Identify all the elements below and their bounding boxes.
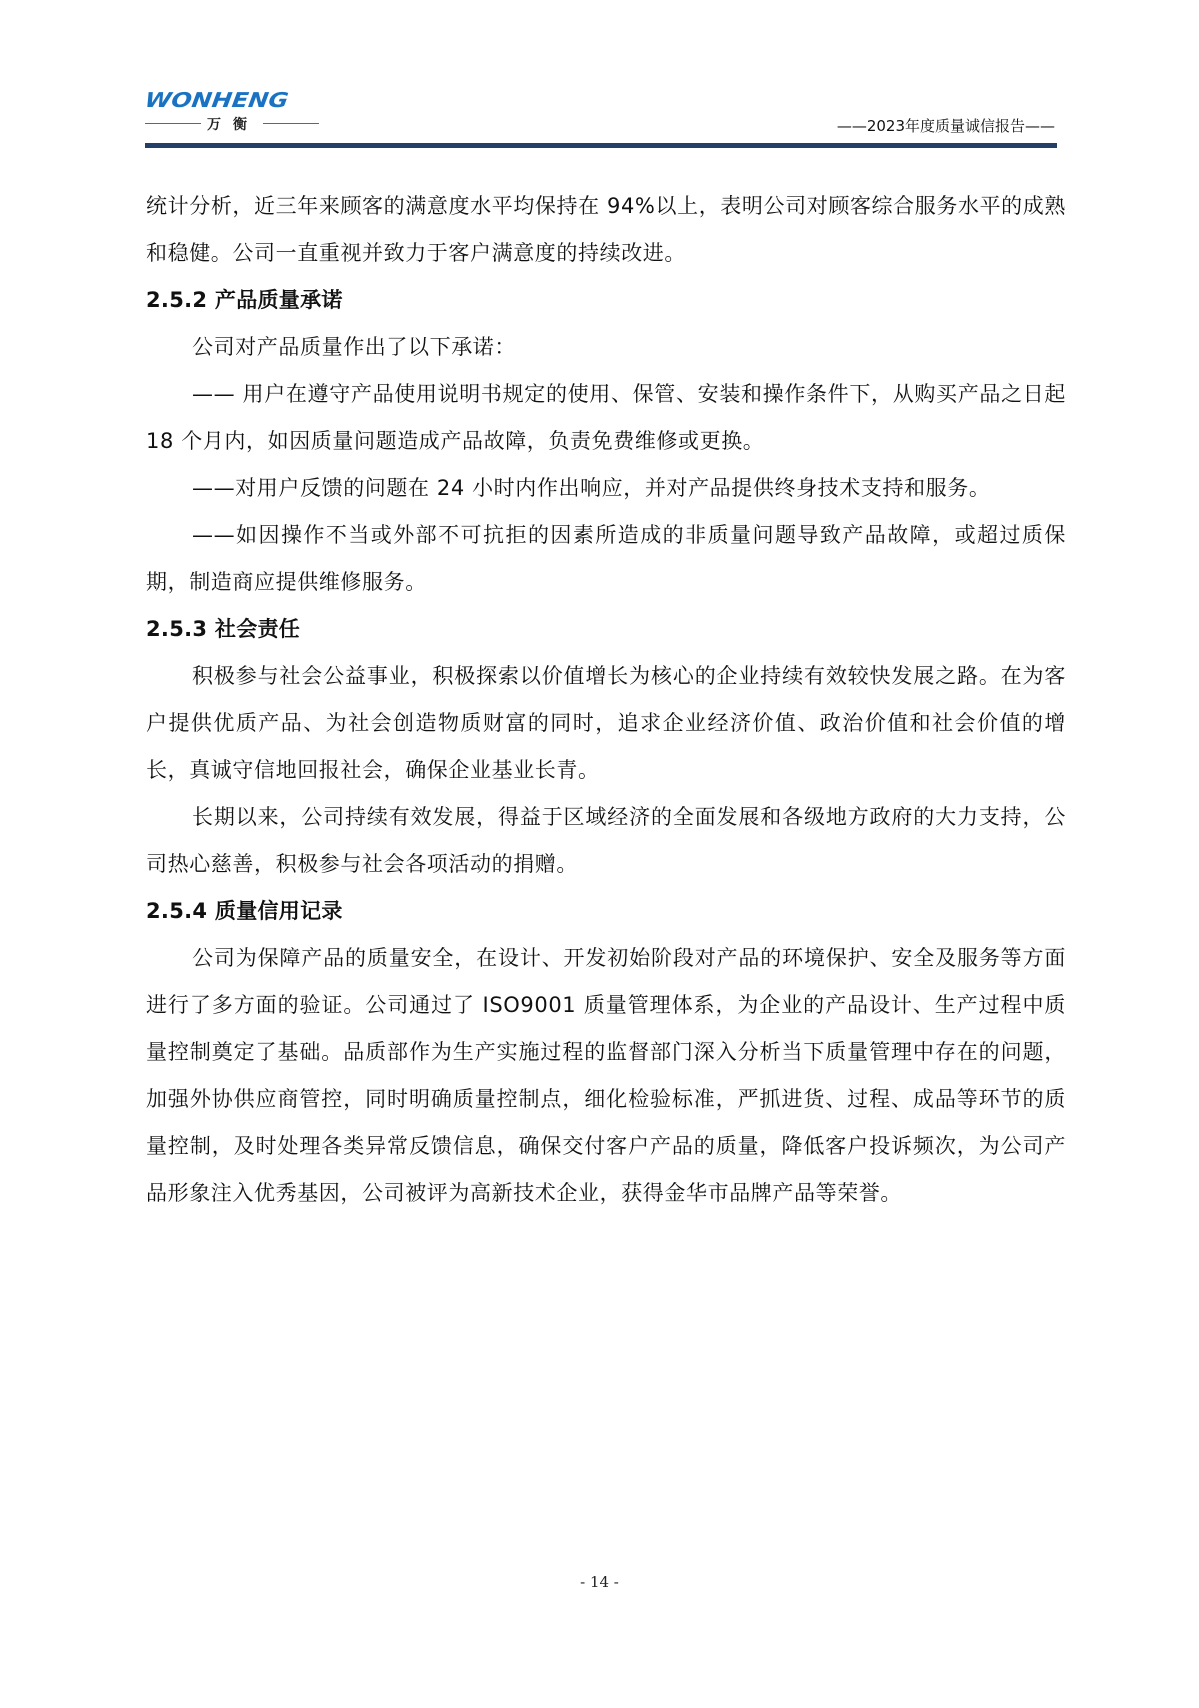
commitment-item-repair: ——如因操作不当或外部不可抗拒的因素所造成的非质量问题导致产品故障，或超过质保期… — [146, 512, 1066, 606]
report-title: ——2023年度质量诚信报告—— — [837, 115, 1055, 136]
logo-divider-left — [145, 123, 201, 124]
logo-divider-right — [263, 123, 319, 124]
section-heading-2-5-2: 2.5.2 产品质量承诺 — [146, 277, 1066, 324]
document-body: 统计分析，近三年来顾客的满意度水平均保持在 94%以上，表明公司对顾客综合服务水… — [146, 183, 1066, 1217]
logo-wordmark: WONHENG — [144, 90, 327, 110]
paragraph-charity: 长期以来，公司持续有效发展，得益于区域经济的全面发展和各级地方政府的大力支持，公… — [146, 794, 1066, 888]
logo-chinese-name: 万衡 — [207, 114, 259, 134]
page-number: - 14 - — [0, 1573, 1199, 1591]
paragraph-social-responsibility: 积极参与社会公益事业，积极探索以价值增长为核心的企业持续有效较快发展之路。在为客… — [146, 653, 1066, 794]
header-rule — [145, 143, 1057, 148]
page-header: WONHENG 万衡 ——2023年度质量诚信报告—— — [145, 84, 1065, 144]
logo-subtitle: 万衡 — [145, 114, 325, 132]
commitment-item-response: ——对用户反馈的问题在 24 小时内作出响应，并对产品提供终身技术支持和服务。 — [146, 465, 1066, 512]
paragraph-satisfaction: 统计分析，近三年来顾客的满意度水平均保持在 94%以上，表明公司对顾客综合服务水… — [146, 183, 1066, 277]
commitment-item-warranty: —— 用户在遵守产品使用说明书规定的使用、保管、安装和操作条件下，从购买产品之日… — [146, 371, 1066, 465]
section-heading-2-5-3: 2.5.3 社会责任 — [146, 606, 1066, 653]
paragraph-commitment-intro: 公司对产品质量作出了以下承诺： — [146, 324, 1066, 371]
section-heading-2-5-4: 2.5.4 质量信用记录 — [146, 888, 1066, 935]
paragraph-quality-credit: 公司为保障产品的质量安全，在设计、开发初始阶段对产品的环境保护、安全及服务等方面… — [146, 935, 1066, 1217]
company-logo: WONHENG 万衡 — [145, 88, 325, 132]
